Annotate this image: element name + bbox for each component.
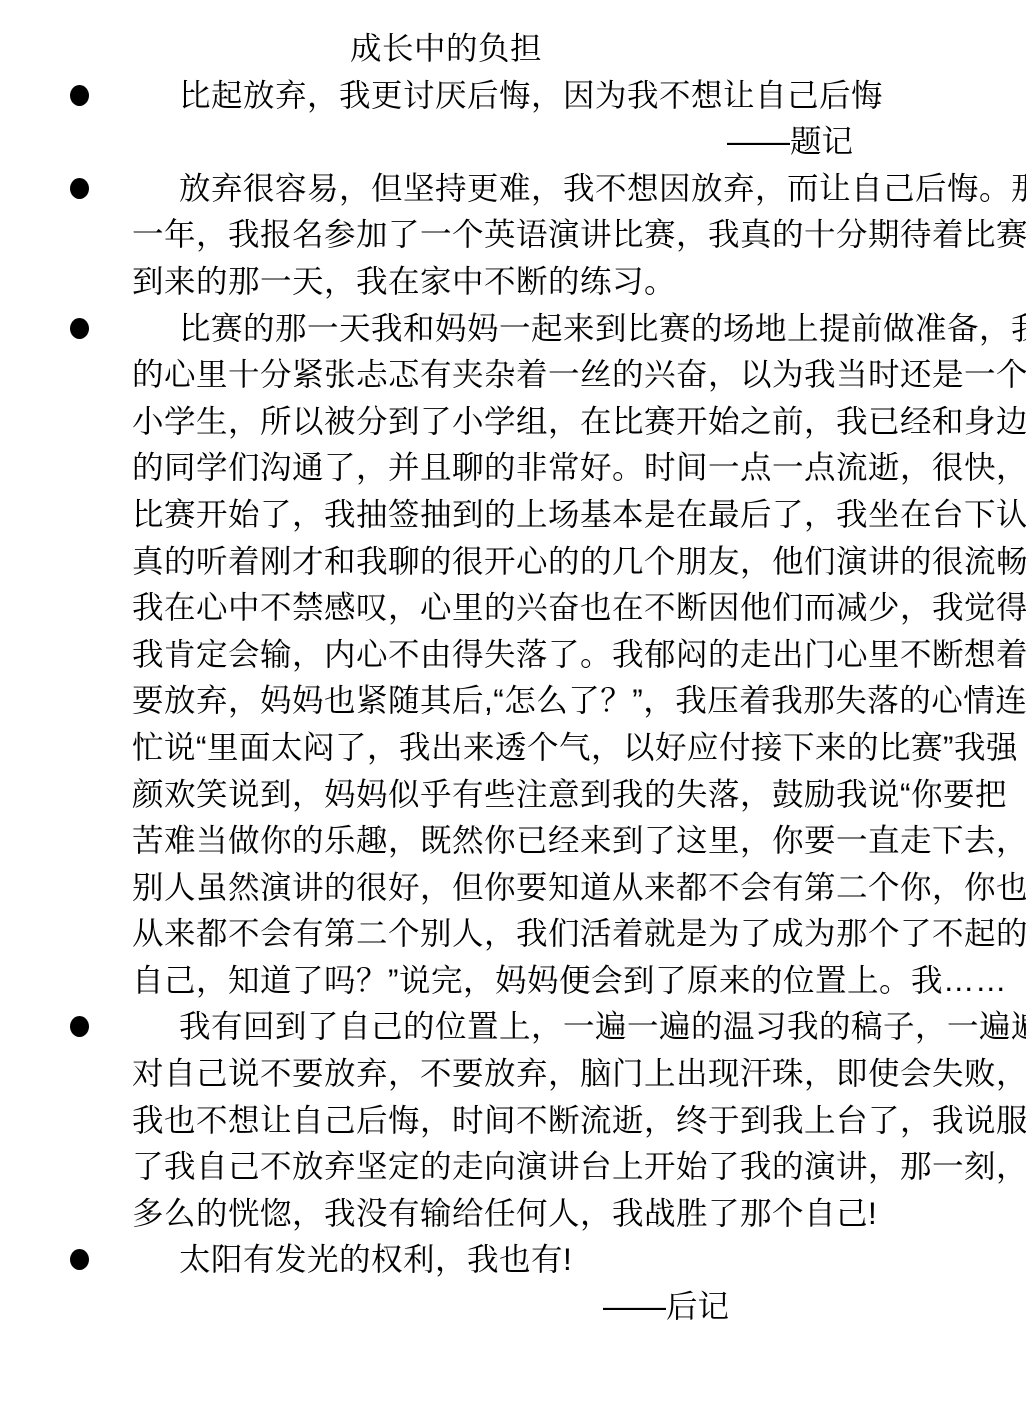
epigraph-label: ——题记	[727, 118, 1026, 165]
bullet-item: 比赛的那一天我和妈妈一起来到比赛的场地上提前做准备，我 的心里十分紧张忐忑有夹杂…	[0, 305, 1026, 1004]
bullet-item: 放弃很容易，但坚持更难，我不想因放弃，而让自己后悔。那 一年，我报名参加了一个英…	[0, 165, 1026, 305]
bullet-item: 太阳有发光的权利，我也有!	[0, 1236, 1026, 1283]
bullet-column	[0, 165, 132, 199]
bullet-marker-icon	[70, 1249, 89, 1270]
paragraph-text: 比赛的那一天我和妈妈一起来到比赛的场地上提前做准备，我 的心里十分紧张忐忑有夹杂…	[132, 305, 1026, 1004]
bullet-marker-icon	[70, 85, 89, 106]
bullet-column	[0, 72, 132, 106]
bullet-column	[0, 305, 132, 339]
paragraph-text: 我有回到了自己的位置上，一遍一遍的温习我的稿子，一遍遍 对自己说不要放弃，不要放…	[132, 1003, 1026, 1236]
bullet-marker-icon	[70, 178, 89, 199]
essay-title: 成长中的负担	[350, 25, 1026, 72]
bullet-item: 比起放弃，我更讨厌后悔，因为我不想让自己后悔	[0, 72, 1026, 119]
essay-page: 成长中的负担 比起放弃，我更讨厌后悔，因为我不想让自己后悔 ——题记 放弃很容易…	[0, 0, 1026, 1418]
bullet-column	[0, 1236, 132, 1270]
bullet-marker-icon	[70, 1016, 89, 1037]
bullet-item: 我有回到了自己的位置上，一遍一遍的温习我的稿子，一遍遍 对自己说不要放弃，不要放…	[0, 1003, 1026, 1236]
bullet-column	[0, 1003, 132, 1037]
postscript-label: ——后记	[603, 1283, 1026, 1330]
paragraph-text: 太阳有发光的权利，我也有!	[132, 1236, 1026, 1283]
paragraph-text: 比起放弃，我更讨厌后悔，因为我不想让自己后悔	[132, 72, 1026, 119]
paragraph-text: 放弃很容易，但坚持更难，我不想因放弃，而让自己后悔。那 一年，我报名参加了一个英…	[132, 165, 1026, 305]
bullet-marker-icon	[70, 318, 89, 339]
